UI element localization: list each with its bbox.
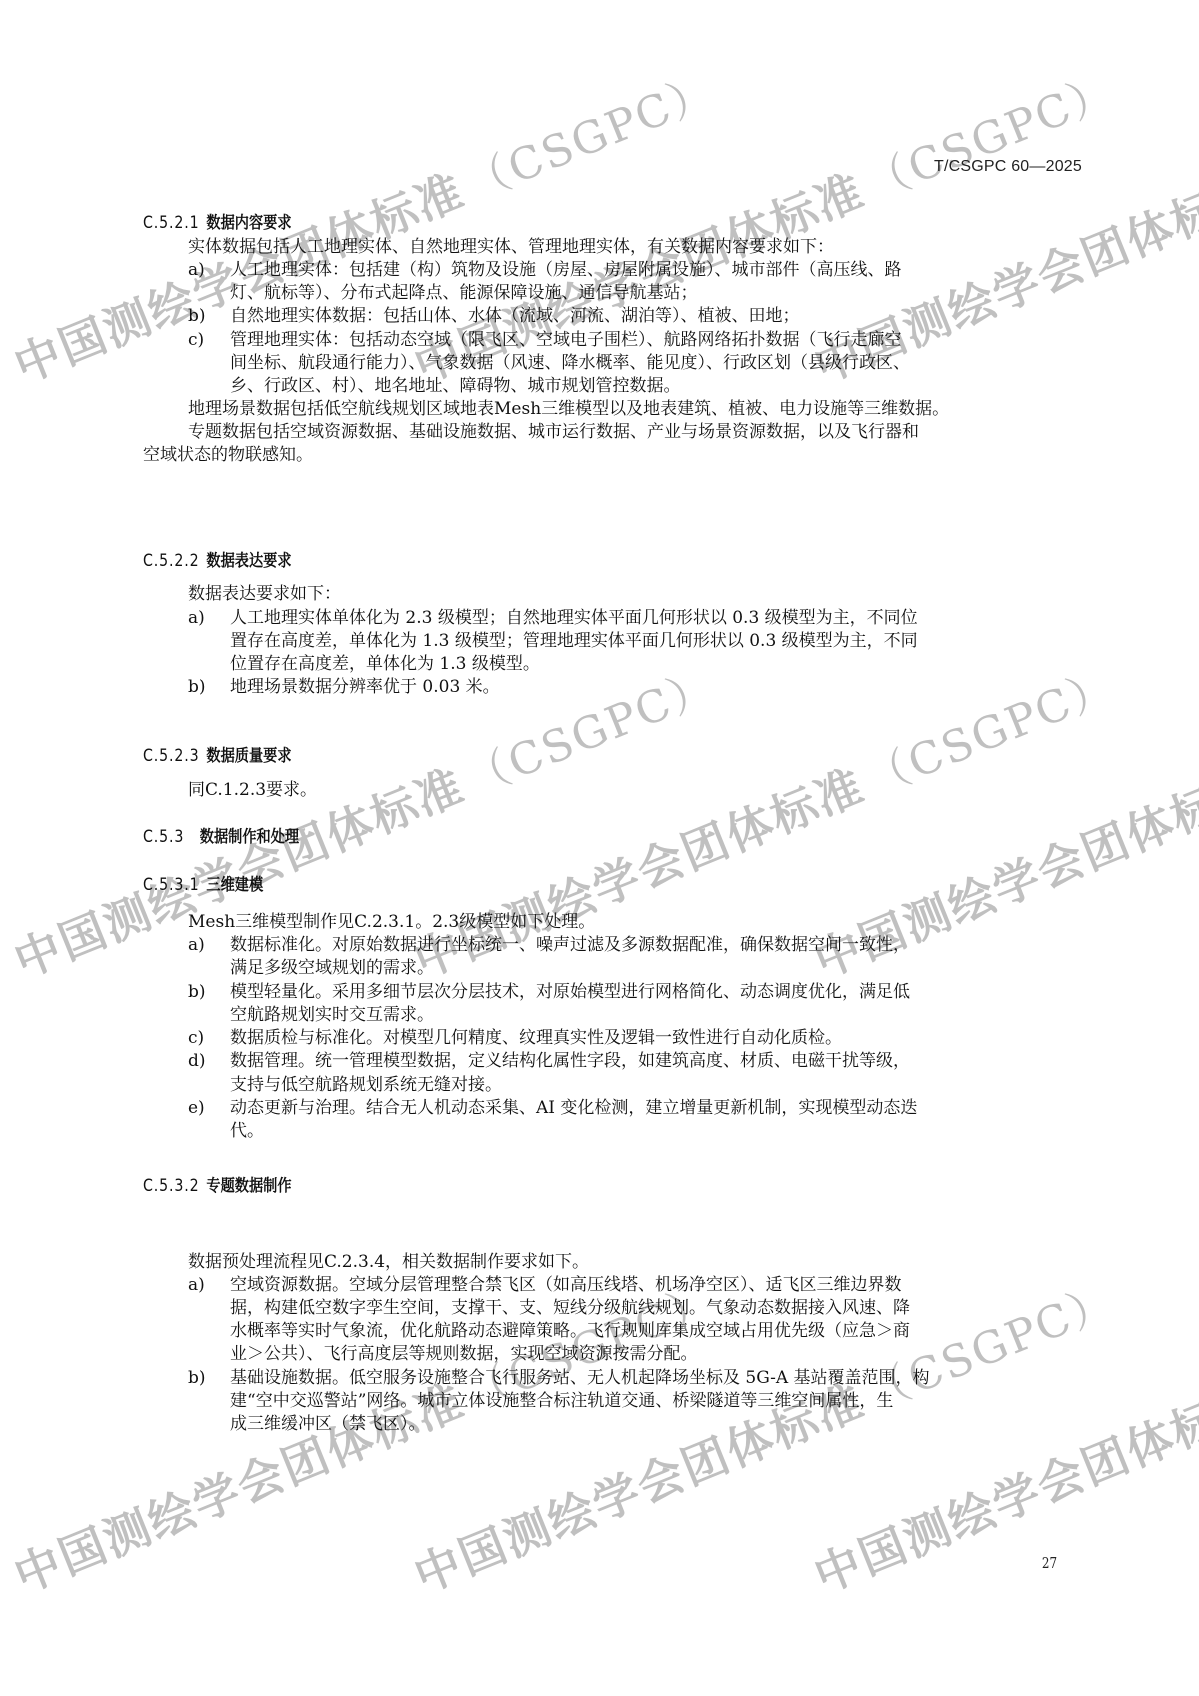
list-item-text: 业＞公共）、飞行高度层等规则数据，实现空域资源按需分配。 [230, 1343, 698, 1365]
section-heading: C.5.3数据制作和处理 [143, 823, 299, 847]
list-label: a) [188, 259, 205, 281]
list-label: b) [188, 981, 206, 1003]
list-item-text: 数据标准化。对原始数据进行坐标统一、噪声过滤及多源数据配准，确保数据空间一致性， [230, 934, 910, 956]
list-item-text: 成三维缓冲区（禁飞区）。 [230, 1413, 426, 1435]
list-item-text: 空航路规划实时交互需求。 [230, 1004, 434, 1026]
list-label: d) [188, 1050, 206, 1072]
document-page: 中国测绘学会团体标准（CSGPC） 中国测绘学会团体标准（CSGPC） 中国测绘… [0, 0, 1199, 1696]
list-label: c) [188, 1027, 204, 1049]
paragraph: Mesh三维模型制作见C.2.3.1。2.3级模型如下处理。 [188, 911, 595, 933]
paragraph: 实体数据包括人工地理实体、自然地理实体、管理地理实体，有关数据内容要求如下： [188, 236, 834, 258]
list-label: a) [188, 607, 205, 629]
section-heading: C.5.3.2专题数据制作 [143, 1172, 292, 1196]
list-label: a) [188, 1274, 205, 1296]
paragraph: 地理场景数据包括低空航线规划区域地表Mesh三维模型以及地表建筑、植被、电力设施… [188, 398, 949, 420]
section-heading: C.5.2.3数据质量要求 [143, 742, 292, 766]
list-item-text: 灯、航标等）、分布式起降点、能源保障设施、通信导航基站； [230, 282, 698, 304]
list-item-text: 间坐标、航段通行能力）、气象数据（风速、降水概率、能见度）、行政区划（县级行政区… [230, 352, 910, 374]
list-item-text: 模型轻量化。采用多细节层次分层技术，对原始模型进行网格简化、动态调度优化，满足低 [230, 981, 910, 1003]
list-item-text: 乡、行政区、村）、地名地址、障碍物、城市规划管控数据。 [230, 375, 681, 397]
list-label: b) [188, 676, 206, 698]
list-item-text: 人工地理实体单体化为 2.3 级模型；自然地理实体平面几何形状以 0.3 级模型… [230, 607, 918, 629]
list-item-text: 水概率等实时气象流，优化航路动态避障策略。飞行规则库集成空域占用优先级（应急＞商 [230, 1320, 910, 1342]
list-item-text: 人工地理实体：包括建（构）筑物及设施（房屋、房屋附属设施）、城市部件（高压线、路 [230, 259, 902, 281]
paragraph: 数据预处理流程见C.2.3.4，相关数据制作要求如下。 [188, 1251, 589, 1273]
section-heading: C.5.3.1三维建模 [143, 871, 263, 895]
list-label: a) [188, 934, 205, 956]
standard-code: T/CSGPC 60—2025 [934, 158, 1082, 176]
list-item-text: 支持与低空航路规划系统无缝对接。 [230, 1074, 502, 1096]
section-heading: C.5.2.1数据内容要求 [143, 209, 292, 233]
paragraph: 数据表达要求如下： [188, 583, 341, 605]
list-item-text: 位置存在高度差，单体化为 1.3 级模型。 [230, 653, 540, 675]
paragraph: 专题数据包括空域资源数据、基础设施数据、城市运行数据、产业与场景资源数据，以及飞… [188, 421, 919, 443]
list-label: b) [188, 305, 206, 327]
page-number: 27 [1042, 1554, 1057, 1572]
list-item-text: 地理场景数据分辨率优于 0.03 米。 [230, 676, 500, 698]
paragraph: 同C.1.2.3要求。 [188, 779, 317, 801]
list-item-text: 满足多级空域规划的需求。 [230, 957, 434, 979]
list-label: b) [188, 1367, 206, 1389]
list-item-text: 建“空中交巡警站”网络。城市立体设施整合标注轨道交通、桥梁隧道等三维空间属性，生 [230, 1390, 893, 1412]
list-label: c) [188, 329, 204, 351]
list-item-text: 动态更新与治理。结合无人机动态采集、AI 变化检测，建立增量更新机制，实现模型动… [230, 1097, 917, 1119]
list-item-text: 自然地理实体数据：包括山体、水体（流域、河流、湖泊等）、植被、田地； [230, 305, 800, 327]
list-item-text: 管理地理实体：包括动态空域（限飞区、空域电子围栏）、航路网络拓扑数据（飞行走廊空 [230, 329, 902, 351]
list-item-text: 基础设施数据。低空服务设施整合飞行服务站、无人机起降场坐标及 5G-A 基站覆盖… [230, 1367, 930, 1389]
section-heading: C.5.2.2数据表达要求 [143, 547, 292, 571]
list-item-text: 置存在高度差，单体化为 1.3 级模型；管理地理实体平面几何形状以 0.3 级模… [230, 630, 918, 652]
list-item-text: 数据管理。统一管理模型数据，定义结构化属性字段，如建筑高度、材质、电磁干扰等级， [230, 1050, 910, 1072]
paragraph: 空域状态的物联感知。 [143, 444, 313, 466]
list-item-text: 代。 [230, 1120, 264, 1142]
list-label: e) [188, 1097, 205, 1119]
list-item-text: 数据质检与标准化。对模型几何精度、纹理真实性及逻辑一致性进行自动化质检。 [230, 1027, 842, 1049]
list-item-text: 据，构建低空数字孪生空间，支撑干、支、短线分级航线规划。气象动态数据接入风速、降 [230, 1297, 910, 1319]
list-item-text: 空域资源数据。空域分层管理整合禁飞区（如高压线塔、机场净空区）、适飞区三维边界数 [230, 1274, 902, 1296]
